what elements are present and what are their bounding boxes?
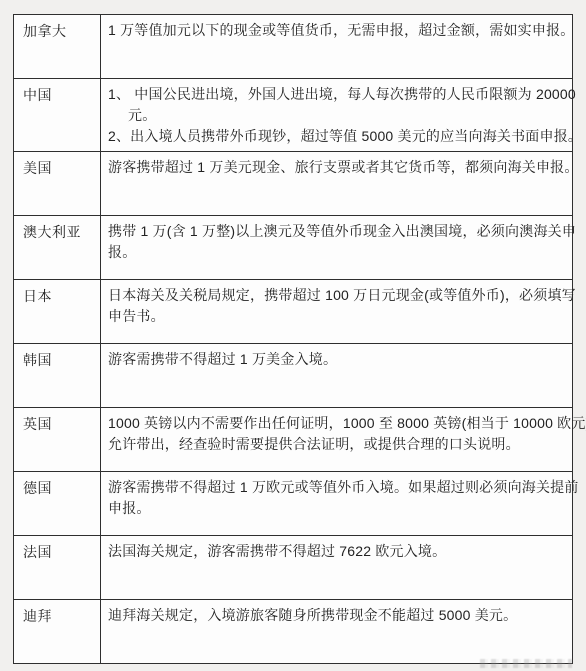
customs-cash-rules-table: 加拿大1 万等值加元以下的现金或等值货币，无需申报，超过金额，需如实申报。中国1…	[13, 14, 573, 664]
rule-line: 游客需携带不得超过 1 万美金入境。	[108, 349, 566, 370]
table-row: 韩国游客需携带不得超过 1 万美金入境。	[14, 344, 573, 408]
country-cell: 法国	[14, 536, 101, 600]
table-row: 英国1000 英镑以内不需要作出任何证明，1000 至 8000 英镑(相当于 …	[14, 408, 573, 472]
rule-cell: 法国海关规定，游客需携带不得超过 7622 欧元入境。	[101, 536, 573, 600]
table-row: 德国游客需携带不得超过 1 万欧元或等值外币入境。如果超过则必须向海关提前申报。	[14, 472, 573, 536]
rule-line: 游客携带超过 1 万美元现金、旅行支票或者其它货币等，都须向海关申报。	[108, 157, 566, 178]
rule-cell: 1、 中国公民进出境，外国人进出境，每人每次携带的人民币限额为 20000元。2…	[101, 79, 573, 152]
rule-cell: 游客携带超过 1 万美元现金、旅行支票或者其它货币等，都须向海关申报。	[101, 152, 573, 216]
scanned-document-page: 加拿大1 万等值加元以下的现金或等值货币，无需申报，超过金额，需如实申报。中国1…	[0, 0, 586, 671]
rule-line: 日本海关及关税局规定，携带超过 100 万日元现金(或等值外币)，必须填写	[108, 285, 566, 306]
table-row: 中国1、 中国公民进出境，外国人进出境，每人每次携带的人民币限额为 20000元…	[14, 79, 573, 152]
table-row: 美国游客携带超过 1 万美元现金、旅行支票或者其它货币等，都须向海关申报。	[14, 152, 573, 216]
rule-cell: 游客需携带不得超过 1 万欧元或等值外币入境。如果超过则必须向海关提前申报。	[101, 472, 573, 536]
rule-line: 元。	[108, 105, 566, 126]
rule-line: 游客需携带不得超过 1 万欧元或等值外币入境。如果超过则必须向海关提前	[108, 477, 566, 498]
country-cell: 德国	[14, 472, 101, 536]
table-row: 迪拜迪拜海关规定，入境游旅客随身所携带现金不能超过 5000 美元。	[14, 600, 573, 664]
country-cell: 日本	[14, 280, 101, 344]
table-row: 法国法国海关规定，游客需携带不得超过 7622 欧元入境。	[14, 536, 573, 600]
rule-line: 2、出入境人员携带外币现钞，超过等值 5000 美元的应当向海关书面申报。	[108, 126, 566, 147]
rule-line: 法国海关规定，游客需携带不得超过 7622 欧元入境。	[108, 541, 566, 562]
rule-cell: 日本海关及关税局规定，携带超过 100 万日元现金(或等值外币)，必须填写申告书…	[101, 280, 573, 344]
rule-line: 携带 1 万(含 1 万整)以上澳元及等值外币现金入出澳国境，必须向澳海关申	[108, 221, 566, 242]
country-cell: 中国	[14, 79, 101, 152]
rule-line: 迪拜海关规定，入境游旅客随身所携带现金不能超过 5000 美元。	[108, 605, 566, 626]
rule-line: 申告书。	[108, 306, 566, 327]
rule-line: 申报。	[108, 498, 566, 519]
country-cell: 澳大利亚	[14, 216, 101, 280]
rule-line: 1000 英镑以内不需要作出任何证明，1000 至 8000 英镑(相当于 10…	[108, 413, 566, 434]
rule-cell: 1000 英镑以内不需要作出任何证明，1000 至 8000 英镑(相当于 10…	[101, 408, 573, 472]
table-row: 日本日本海关及关税局规定，携带超过 100 万日元现金(或等值外币)，必须填写申…	[14, 280, 573, 344]
table-row: 加拿大1 万等值加元以下的现金或等值货币，无需申报，超过金额，需如实申报。	[14, 15, 573, 79]
table-row: 澳大利亚携带 1 万(含 1 万整)以上澳元及等值外币现金入出澳国境，必须向澳海…	[14, 216, 573, 280]
rule-cell: 携带 1 万(含 1 万整)以上澳元及等值外币现金入出澳国境，必须向澳海关申报。	[101, 216, 573, 280]
rule-line: 1、 中国公民进出境，外国人进出境，每人每次携带的人民币限额为 20000	[108, 84, 566, 105]
country-cell: 英国	[14, 408, 101, 472]
table-body: 加拿大1 万等值加元以下的现金或等值货币，无需申报，超过金额，需如实申报。中国1…	[14, 15, 573, 664]
rule-line: 报。	[108, 242, 566, 263]
rule-line: 1 万等值加元以下的现金或等值货币，无需申报，超过金额，需如实申报。	[108, 20, 566, 41]
country-cell: 迪拜	[14, 600, 101, 664]
country-cell: 加拿大	[14, 15, 101, 79]
rule-cell: 迪拜海关规定，入境游旅客随身所携带现金不能超过 5000 美元。	[101, 600, 573, 664]
rule-cell: 1 万等值加元以下的现金或等值货币，无需申报，超过金额，需如实申报。	[101, 15, 573, 79]
country-cell: 美国	[14, 152, 101, 216]
country-cell: 韩国	[14, 344, 101, 408]
rule-line: 允许带出，经查验时需要提供合法证明，或提供合理的口头说明。	[108, 434, 566, 455]
faint-watermark	[480, 659, 572, 668]
rule-cell: 游客需携带不得超过 1 万美金入境。	[101, 344, 573, 408]
